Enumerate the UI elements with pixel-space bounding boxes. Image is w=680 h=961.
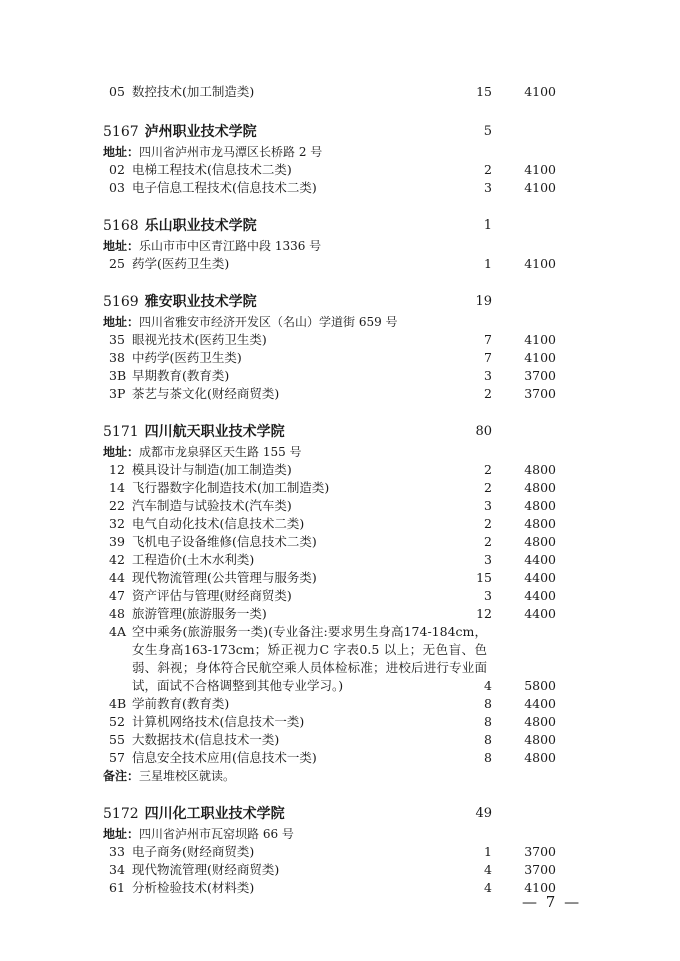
major-code: 22 [109,497,131,515]
address-label: 地址： [103,315,139,329]
major-fee: 4800 [516,515,556,533]
major-code: 3B [109,367,131,385]
major-name: 资产评估与管理(财经商贸类) [132,587,292,605]
major-row: 12 模具设计与制造(加工制造类) 2 4800 [103,461,573,479]
address-label: 地址： [103,827,139,841]
school-total: 80 [462,421,492,443]
major-fee: 4800 [516,749,556,767]
major-fee: 4800 [516,479,556,497]
major-code: 35 [109,331,131,349]
major-name: 现代物流管理(财经商贸类) [132,861,279,879]
major-fee: 3700 [516,861,556,879]
major-count: 3 [462,179,492,197]
major-name: 模具设计与制造(加工制造类) [132,461,292,479]
major-count: 3 [462,587,492,605]
major-count: 8 [462,695,492,713]
major-code: 55 [109,731,131,749]
major-fee: 4100 [516,83,556,101]
major-row: 05 数控技术(加工制造类) 15 4100 [103,83,573,101]
major-count: 7 [462,331,492,349]
major-code: 25 [109,255,131,273]
major-code: 47 [109,587,131,605]
major-name: 早期教育(教育类) [132,367,229,385]
major-code: 32 [109,515,131,533]
major-name: 旅游管理(旅游服务一类) [132,605,267,623]
major-row: 14 飞行器数字化制造技术(加工制造类) 2 4800 [103,479,573,497]
major-count: 2 [462,385,492,403]
school-address: 地址：四川省雅安市经济开发区（名山）学道街 659 号 [103,313,573,331]
major-count: 3 [462,497,492,515]
major-row: 39 飞机电子设备维修(信息技术二类) 2 4800 [103,533,573,551]
address-label: 地址： [103,239,139,253]
school-header: 5168乐山职业技术学院 1 [103,215,573,237]
major-row: 57 信息安全技术应用(信息技术一类) 8 4800 [103,749,573,767]
address-text: 成都市龙泉驿区天生路 155 号 [139,445,302,459]
school-total: 5 [462,121,492,143]
major-count: 15 [462,569,492,587]
major-name: 飞行器数字化制造技术(加工制造类) [132,479,329,497]
major-code: 4B [109,695,131,713]
school-name: 乐山职业技术学院 [145,218,257,234]
page-number: — 7 — [522,893,581,911]
major-count: 4 [462,879,492,897]
school-code: 5167 [103,124,139,140]
address-label: 地址： [103,445,139,459]
major-row: 42 工程造价(土木水利类) 3 4400 [103,551,573,569]
major-code: 44 [109,569,131,587]
school-header: 5167泸州职业技术学院 5 [103,121,573,143]
major-count: 2 [462,461,492,479]
address-text: 四川省泸州市瓦窑坝路 66 号 [139,827,294,841]
major-code: 57 [109,749,131,767]
major-name: 飞机电子设备维修(信息技术二类) [132,533,317,551]
major-row: 03 电子信息工程技术(信息技术二类) 3 4100 [103,179,573,197]
major-code: 4A [109,623,126,641]
school-name: 雅安职业技术学院 [145,294,257,310]
major-code: 48 [109,605,131,623]
major-code: 3P [109,385,131,403]
major-code: 33 [109,843,131,861]
major-fee: 4100 [516,349,556,367]
school-code: 5172 [103,806,139,822]
major-name: 电气自动化技术(信息技术二类) [132,515,304,533]
school-name: 四川化工职业技术学院 [145,806,285,822]
major-row: 25 药学(医药卫生类) 1 4100 [103,255,573,273]
major-code: 03 [109,179,131,197]
major-fee: 3700 [516,843,556,861]
major-fee: 4800 [516,731,556,749]
major-count: 2 [462,533,492,551]
major-count: 8 [462,749,492,767]
major-name: 计算机网络技术(信息技术一类) [132,713,304,731]
address-text: 四川省雅安市经济开发区（名山）学道街 659 号 [139,315,398,329]
major-name: 工程造价(土木水利类) [132,551,254,569]
major-count: 12 [462,605,492,623]
major-count: 3 [462,367,492,385]
major-name: 电子信息工程技术(信息技术二类) [132,179,317,197]
major-fee: 4400 [516,695,556,713]
major-row: 02 电梯工程技术(信息技术二类) 2 4100 [103,161,573,179]
major-name: 大数据技术(信息技术一类) [132,731,279,749]
major-row: 32 电气自动化技术(信息技术二类) 2 4800 [103,515,573,533]
major-count: 2 [462,515,492,533]
major-fee: 4800 [516,713,556,731]
major-count: 4 [462,861,492,879]
major-code: 61 [109,879,131,897]
major-row: 44 现代物流管理(公共管理与服务类) 15 4400 [103,569,573,587]
major-row: 33 电子商务(财经商贸类) 1 3700 [103,843,573,861]
school-total: 1 [462,215,492,237]
major-name: 学前教育(教育类) [132,695,229,713]
major-code: 42 [109,551,131,569]
major-code: 34 [109,861,131,879]
school-header: 5172四川化工职业技术学院 49 [103,803,573,825]
major-name-with-note: 空中乘务(旅游服务一类)(专业备注:要求男生身高174-184cm，女生身高16… [132,623,487,695]
major-fee: 3700 [516,385,556,403]
major-code: 39 [109,533,131,551]
school-total: 19 [462,291,492,313]
major-count: 4 [462,677,492,695]
major-name: 电子商务(财经商贸类) [132,843,254,861]
major-name: 中药学(医药卫生类) [132,349,242,367]
major-name: 茶艺与茶文化(财经商贸类) [132,385,279,403]
major-count: 2 [462,161,492,179]
school-address: 地址：四川省泸州市龙马潭区长桥路 2 号 [103,143,573,161]
school-address: 地址：四川省泸州市瓦窑坝路 66 号 [103,825,573,843]
major-count: 8 [462,713,492,731]
major-name: 信息安全技术应用(信息技术一类) [132,749,317,767]
remark-text: 三星堆校区就读。 [139,769,235,783]
major-fee: 4800 [516,461,556,479]
major-row: 52 计算机网络技术(信息技术一类) 8 4800 [103,713,573,731]
major-code: 05 [109,83,131,101]
major-fee: 4400 [516,569,556,587]
major-row: 4B 学前教育(教育类) 8 4400 [103,695,573,713]
major-name: 现代物流管理(公共管理与服务类) [132,569,317,587]
major-count: 7 [462,349,492,367]
major-name: 数控技术(加工制造类) [132,83,254,101]
major-fee: 4100 [516,255,556,273]
major-count: 1 [462,843,492,861]
major-count: 3 [462,551,492,569]
major-row: 48 旅游管理(旅游服务一类) 12 4400 [103,605,573,623]
school-code: 5168 [103,218,139,234]
major-code: 02 [109,161,131,179]
major-row: 22 汽车制造与试验技术(汽车类) 3 4800 [103,497,573,515]
major-name: 眼视光技术(医药卫生类) [132,331,267,349]
enrollment-list: 05 数控技术(加工制造类) 15 4100 5167泸州职业技术学院 5 地址… [103,83,573,897]
remark-label: 备注： [103,769,139,783]
major-row: 47 资产评估与管理(财经商贸类) 3 4400 [103,587,573,605]
major-name: 电梯工程技术(信息技术二类) [132,161,292,179]
major-fee: 4400 [516,587,556,605]
school-header: 5171四川航天职业技术学院 80 [103,421,573,443]
major-row: 55 大数据技术(信息技术一类) 8 4800 [103,731,573,749]
school-total: 49 [462,803,492,825]
major-fee: 4100 [516,331,556,349]
major-name: 汽车制造与试验技术(汽车类) [132,497,292,515]
major-fee: 4400 [516,551,556,569]
major-code: 14 [109,479,131,497]
major-code: 12 [109,461,131,479]
major-count: 15 [462,83,492,101]
document-page: 05 数控技术(加工制造类) 15 4100 5167泸州职业技术学院 5 地址… [0,0,680,961]
major-fee: 4800 [516,497,556,515]
major-count: 8 [462,731,492,749]
major-count: 2 [462,479,492,497]
major-name: 药学(医药卫生类) [132,255,229,273]
major-fee: 3700 [516,367,556,385]
school-header: 5169雅安职业技术学院 19 [103,291,573,313]
major-row: 3P 茶艺与茶文化(财经商贸类) 2 3700 [103,385,573,403]
major-row-with-note: 4A 空中乘务(旅游服务一类)(专业备注:要求男生身高174-184cm，女生身… [103,623,573,695]
major-fee: 4400 [516,605,556,623]
major-row: 35 眼视光技术(医药卫生类) 7 4100 [103,331,573,349]
major-row: 61 分析检验技术(材料类) 4 4100 [103,879,573,897]
address-text: 四川省泸州市龙马潭区长桥路 2 号 [139,145,322,159]
major-fee: 4100 [516,179,556,197]
school-code: 5169 [103,294,139,310]
major-row: 3B 早期教育(教育类) 3 3700 [103,367,573,385]
major-fee: 4100 [516,161,556,179]
major-fee: 4800 [516,533,556,551]
major-name: 分析检验技术(材料类) [132,879,254,897]
major-count: 1 [462,255,492,273]
major-row: 34 现代物流管理(财经商贸类) 4 3700 [103,861,573,879]
school-remark: 备注：三星堆校区就读。 [103,767,573,785]
major-code: 52 [109,713,131,731]
major-row: 38 中药学(医药卫生类) 7 4100 [103,349,573,367]
school-code: 5171 [103,424,139,440]
school-address: 地址：成都市龙泉驿区天生路 155 号 [103,443,573,461]
school-address: 地址：乐山市市中区青江路中段 1336 号 [103,237,573,255]
major-code: 38 [109,349,131,367]
address-label: 地址： [103,145,139,159]
school-name: 四川航天职业技术学院 [145,424,285,440]
major-fee: 5800 [516,677,556,695]
school-name: 泸州职业技术学院 [145,124,257,140]
address-text: 乐山市市中区青江路中段 1336 号 [139,239,321,253]
